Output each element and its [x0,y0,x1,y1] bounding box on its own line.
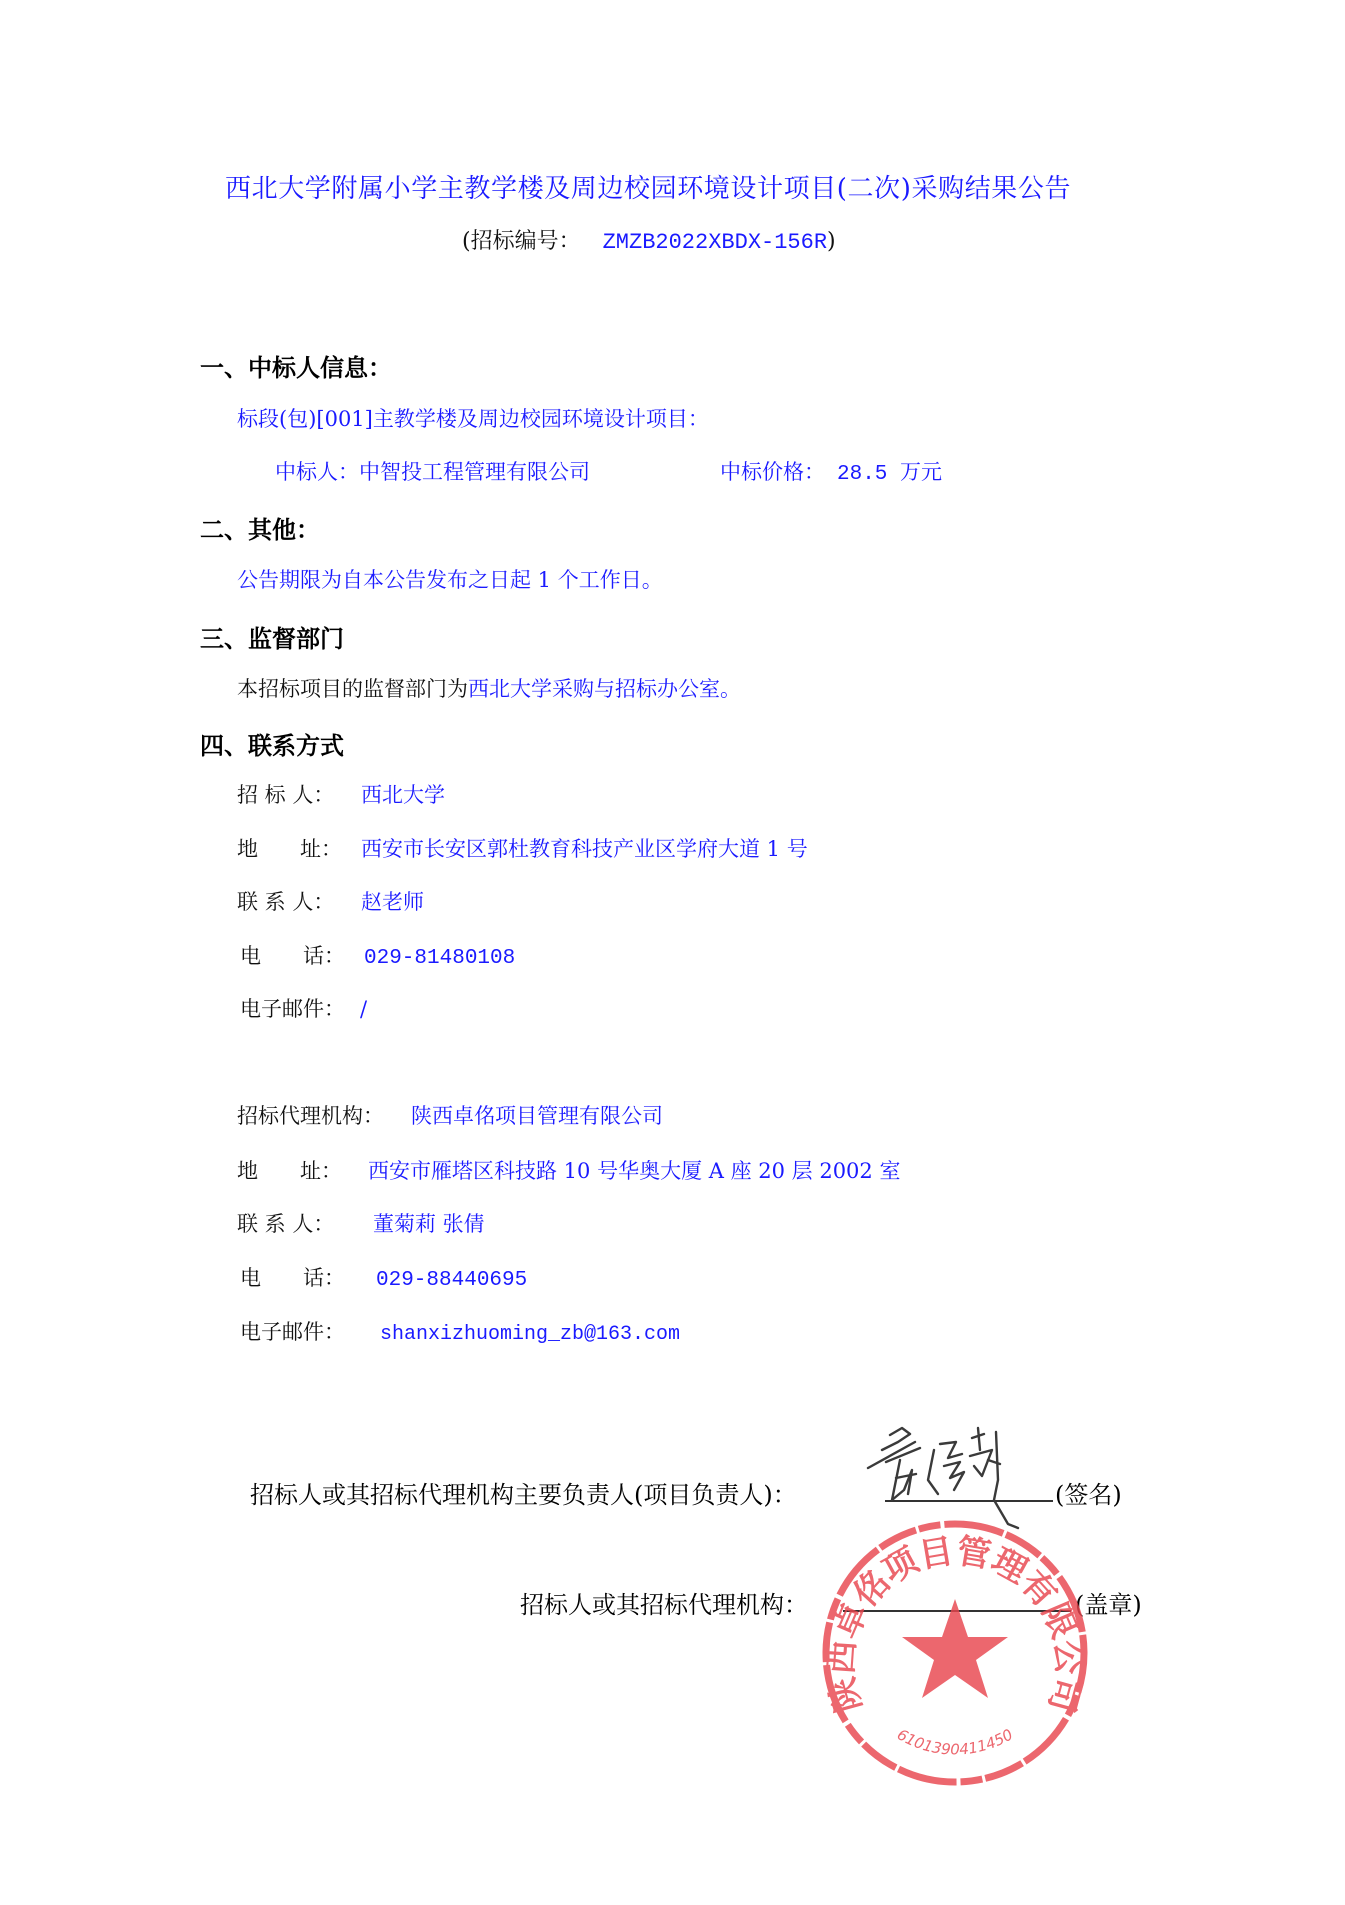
supervision-dept: 西北大学采购与招标办公室。 [468,677,741,701]
winner-line: 中标人：中智投工程管理有限公司 [275,456,590,486]
seal-label: 招标人或其招标代理机构： [520,1585,808,1620]
tenderer-address-label: 地址： [237,833,361,863]
price-label: 中标价格： [720,460,825,484]
section4-heading: 四、联系方式 [200,726,344,761]
svg-text:陕西卓佲项目管理有限公司: 陕西卓佲项目管理有限公司 [821,1531,1089,1716]
price-line: 中标价格：28.5 万元 [720,456,942,486]
agency-address: 西安市雁塔区科技路 10 号华奥大厦 A 座 20 层 2002 室 [368,1159,900,1183]
agency-phone-label: 电话： [240,1262,376,1292]
tenderer-contact-row: 联 系 人：赵老师 [237,886,424,916]
agency-address-label: 地址： [237,1155,368,1185]
tenderer-name: 西北大学 [361,783,445,807]
winner-label: 中标人： [275,460,359,484]
seal-number: 6101390411450 [894,1725,1016,1758]
agency-contact-row: 联 系 人：董菊莉 张倩 [237,1208,485,1238]
tenderer-phone: 029-81480108 [364,947,515,970]
agency-email-label: 电子邮件： [240,1316,380,1346]
agency-address-row: 地址：西安市雁塔区科技路 10 号华奥大厦 A 座 20 层 2002 室 [237,1155,900,1185]
agency-email: shanxizhuoming_zb@163.com [380,1323,680,1346]
agency-contact: 董菊莉 张倩 [373,1212,485,1236]
tenderer-email-row: 电子邮件：/ [240,993,367,1023]
tenderer-name-label: 招 标 人： [237,779,361,809]
tenderer-address: 西安市长安区郭杜教育科技产业区学府大道 1 号 [361,837,808,861]
tenderer-contact: 赵老师 [361,890,424,914]
company-seal: 陕西卓佲项目管理有限公司 6101390411450 [818,1517,1092,1789]
section1-heading: 一、中标人信息： [200,348,392,383]
seal-line [843,1610,1071,1612]
agency-name-label: 招标代理机构： [237,1100,411,1130]
tenderer-name-row: 招 标 人：西北大学 [237,779,445,809]
agency-phone: 029-88440695 [376,1269,527,1292]
supervision-text: 本招标项目的监督部门为西北大学采购与招标办公室。 [237,673,741,703]
handwritten-signature [860,1420,1060,1535]
winner-name: 中智投工程管理有限公司 [359,460,590,484]
bid-number-label: (招标编号： [462,229,581,254]
svg-text:6101390411450: 6101390411450 [894,1725,1016,1758]
supervision-prefix: 本招标项目的监督部门为 [237,677,468,701]
agency-email-row: 电子邮件：shanxizhuoming_zb@163.com [240,1316,680,1346]
signature-suffix: (签名) [1055,1475,1122,1510]
bid-number-close: ) [827,229,836,254]
seal-text: 陕西卓佲项目管理有限公司 [821,1531,1089,1716]
tenderer-email: / [360,997,367,1021]
tenderer-phone-row: 电话：029-81480108 [240,940,515,970]
lot-description: 标段(包)[001]主教学楼及周边校园环境设计项目： [237,403,709,433]
tenderer-contact-label: 联 系 人： [237,886,361,916]
tenderer-phone-label: 电话： [240,940,364,970]
agency-phone-row: 电话：029-88440695 [240,1262,527,1292]
agency-contact-label: 联 系 人： [237,1208,373,1238]
tenderer-address-row: 地址：西安市长安区郭杜教育科技产业区学府大道 1 号 [237,833,808,863]
price-value: 28.5 万元 [837,463,942,486]
section2-heading: 二、其他： [200,510,320,545]
tenderer-email-label: 电子邮件： [240,993,360,1023]
signature-line [885,1500,1053,1502]
signature-label: 招标人或其招标代理机构主要负责人(项目负责人)： [250,1475,797,1510]
bid-number-line: (招标编号：ZMZB2022XBDX-156R) [462,224,836,255]
section3-heading: 三、监督部门 [200,619,344,654]
document-title: 西北大学附属小学主教学楼及周边校园环境设计项目(二次)采购结果公告 [225,168,1071,205]
seal-suffix: (盖章) [1075,1585,1142,1620]
notice-period: 公告期限为自本公告发布之日起 1 个工作日。 [237,564,663,594]
agency-name: 陕西卓佲项目管理有限公司 [411,1104,663,1128]
agency-name-row: 招标代理机构：陕西卓佲项目管理有限公司 [237,1100,663,1130]
bid-number: ZMZB2022XBDX-156R [603,230,827,255]
seal-star-icon [902,1599,1008,1698]
